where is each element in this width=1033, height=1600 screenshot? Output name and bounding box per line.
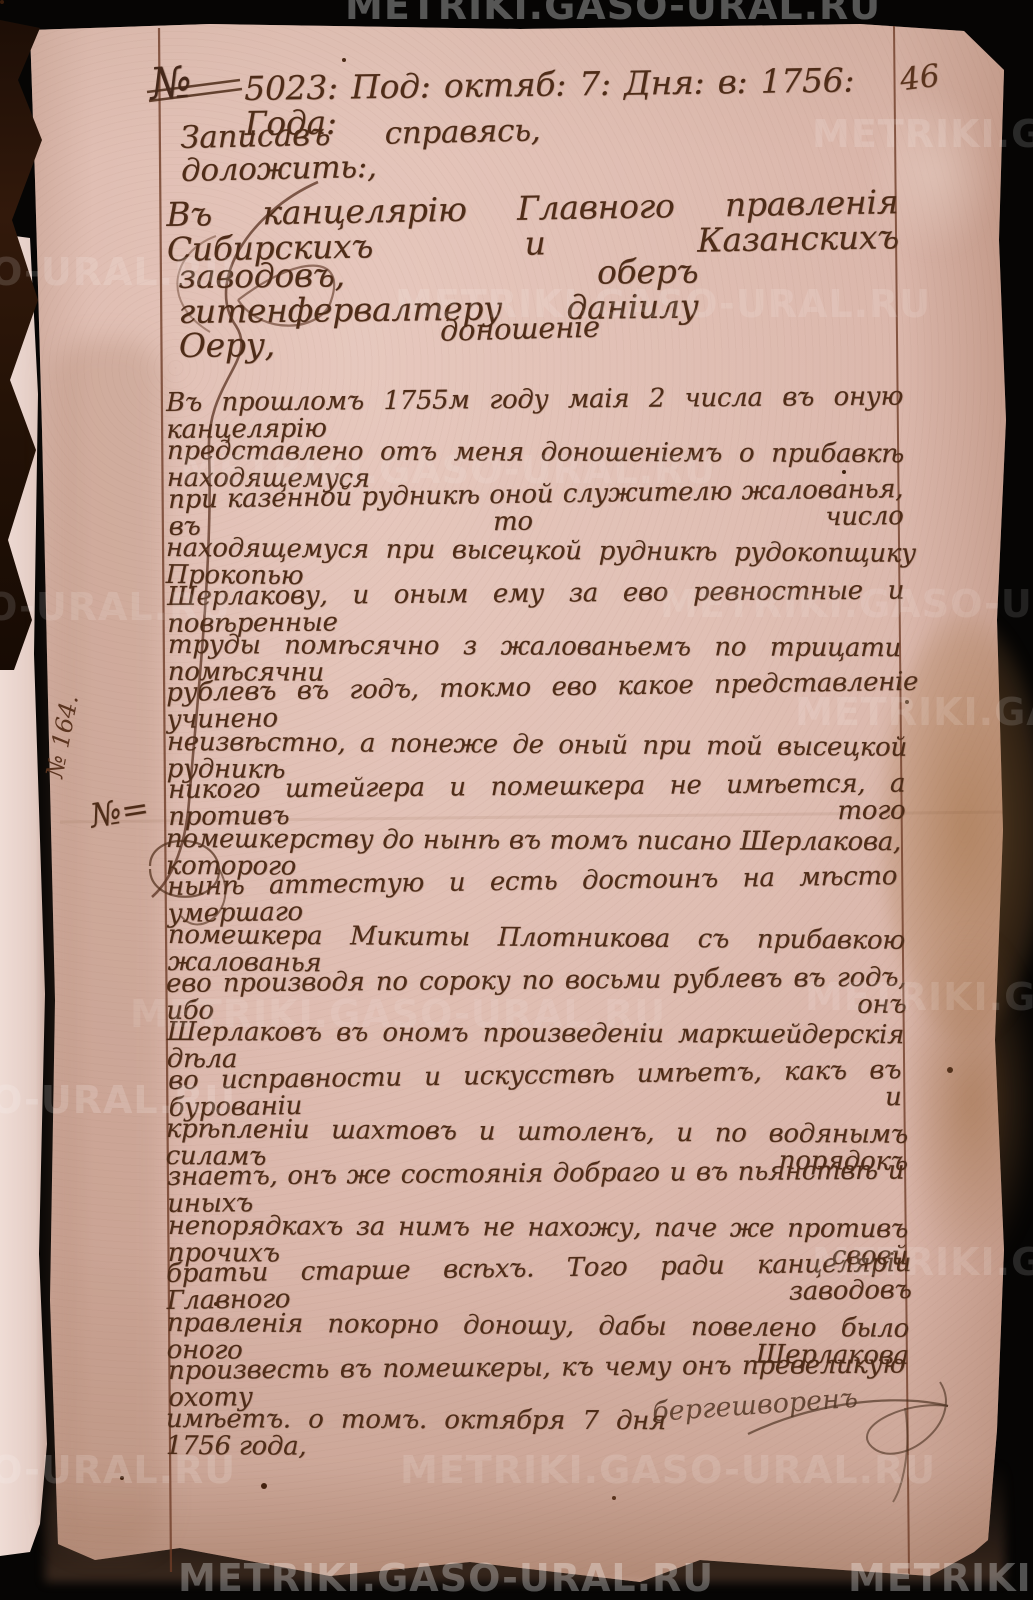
- manuscript-line: ево производя по сороку по восьми рублев…: [166, 964, 906, 1025]
- archival-manuscript-photo: № 5023: Под: октяб: 7: Дня: в: 1756: Год…: [0, 0, 1033, 1600]
- manuscript-line: никого штейгера и помешкера не имѣется, …: [168, 771, 905, 832]
- manuscript-line: братьи старше всѣхъ. Того ради канцелярi…: [166, 1250, 912, 1316]
- manuscript-line: имѣетъ. о томъ. октября 7 дня 1756 года,: [166, 1406, 666, 1463]
- resolution-line: Записавъ справясь, доложить:,: [180, 114, 541, 187]
- folio-page-number: 46: [898, 58, 942, 99]
- manuscript-line: нынѣ аттестую и есть достоинъ на мѣсто у…: [167, 863, 898, 928]
- document-type-title: доношенiе: [432, 311, 608, 346]
- manuscript-line: знаетъ, онъ же состоянiя добраго и въ пь…: [167, 1158, 904, 1219]
- manuscript-line: Въ прошломъ 1755м году маiя 2 числа въ о…: [166, 384, 903, 445]
- crossed-out-registry-mark: №: [148, 57, 193, 111]
- manuscript-line: при казенной рудникѣ оной служителю жало…: [168, 476, 904, 541]
- watermark-text: METRIKI.GASO-URAL.RU: [345, 0, 881, 28]
- address-line: заводовъ, оберъ гитенфервалтеру данiилу …: [178, 255, 699, 364]
- ink-specks: [0, 0, 4, 4]
- manuscript-line: Шерлакову, и оным ему за ево ревностные …: [167, 577, 904, 638]
- manuscript-line: во исправности и искусствѣ имѣетъ, какъ …: [168, 1057, 902, 1122]
- manuscript-line: произвесть въ помешкеры, къ чему онъ пре…: [168, 1352, 905, 1413]
